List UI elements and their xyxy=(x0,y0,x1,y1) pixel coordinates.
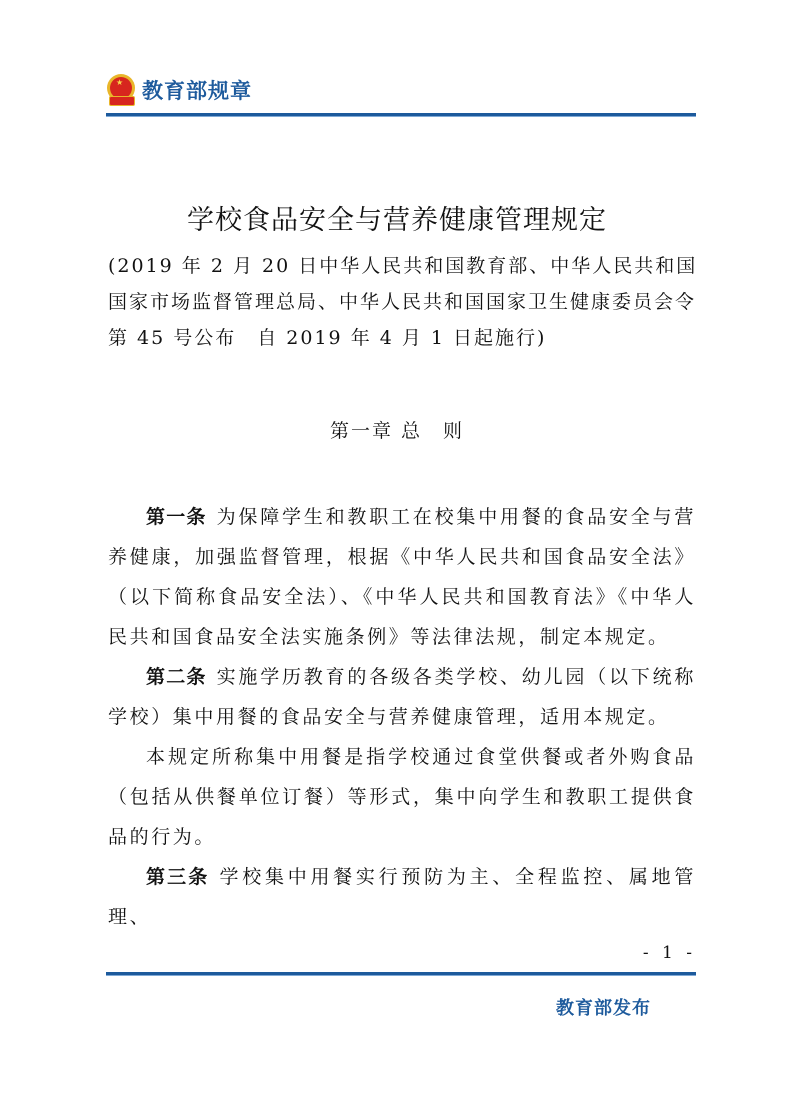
article-label: 第三条 xyxy=(146,866,209,888)
document-subtitle: (2019 年 2 月 20 日中华人民共和国教育部、中华人民共和国国家市场监督… xyxy=(108,248,698,356)
article-paragraph: 第二条实施学历教育的各级各类学校、幼儿园（以下统称学校）集中用餐的食品安全与营养… xyxy=(108,657,696,737)
header-divider xyxy=(106,113,696,117)
article-text: 本规定所称集中用餐是指学校通过食堂供餐或者外购食品（包括从供餐单位订餐）等形式，… xyxy=(108,746,696,848)
national-emblem-icon: ★ xyxy=(106,74,136,106)
footer-divider xyxy=(106,972,696,976)
document-title: 学校食品安全与营养健康管理规定 xyxy=(0,198,794,237)
chapter-heading: 第一章 总 则 xyxy=(0,416,794,443)
page-header: ★ 教育部规章 xyxy=(106,72,252,108)
page-number: - 1 - xyxy=(643,943,696,963)
footer-publisher: 教育部发布 xyxy=(556,994,651,1020)
article-label: 第二条 xyxy=(146,666,207,688)
header-title: 教育部规章 xyxy=(142,75,252,105)
article-paragraph: 第一条为保障学生和教职工在校集中用餐的食品安全与营养健康，加强监督管理，根据《中… xyxy=(108,497,696,657)
article-paragraph: 第三条学校集中用餐实行预防为主、全程监控、属地管理、 xyxy=(108,857,696,937)
document-body: 第一条为保障学生和教职工在校集中用餐的食品安全与营养健康，加强监督管理，根据《中… xyxy=(108,497,696,937)
article-paragraph: 本规定所称集中用餐是指学校通过食堂供餐或者外购食品（包括从供餐单位订餐）等形式，… xyxy=(108,737,696,857)
article-label: 第一条 xyxy=(146,506,207,528)
